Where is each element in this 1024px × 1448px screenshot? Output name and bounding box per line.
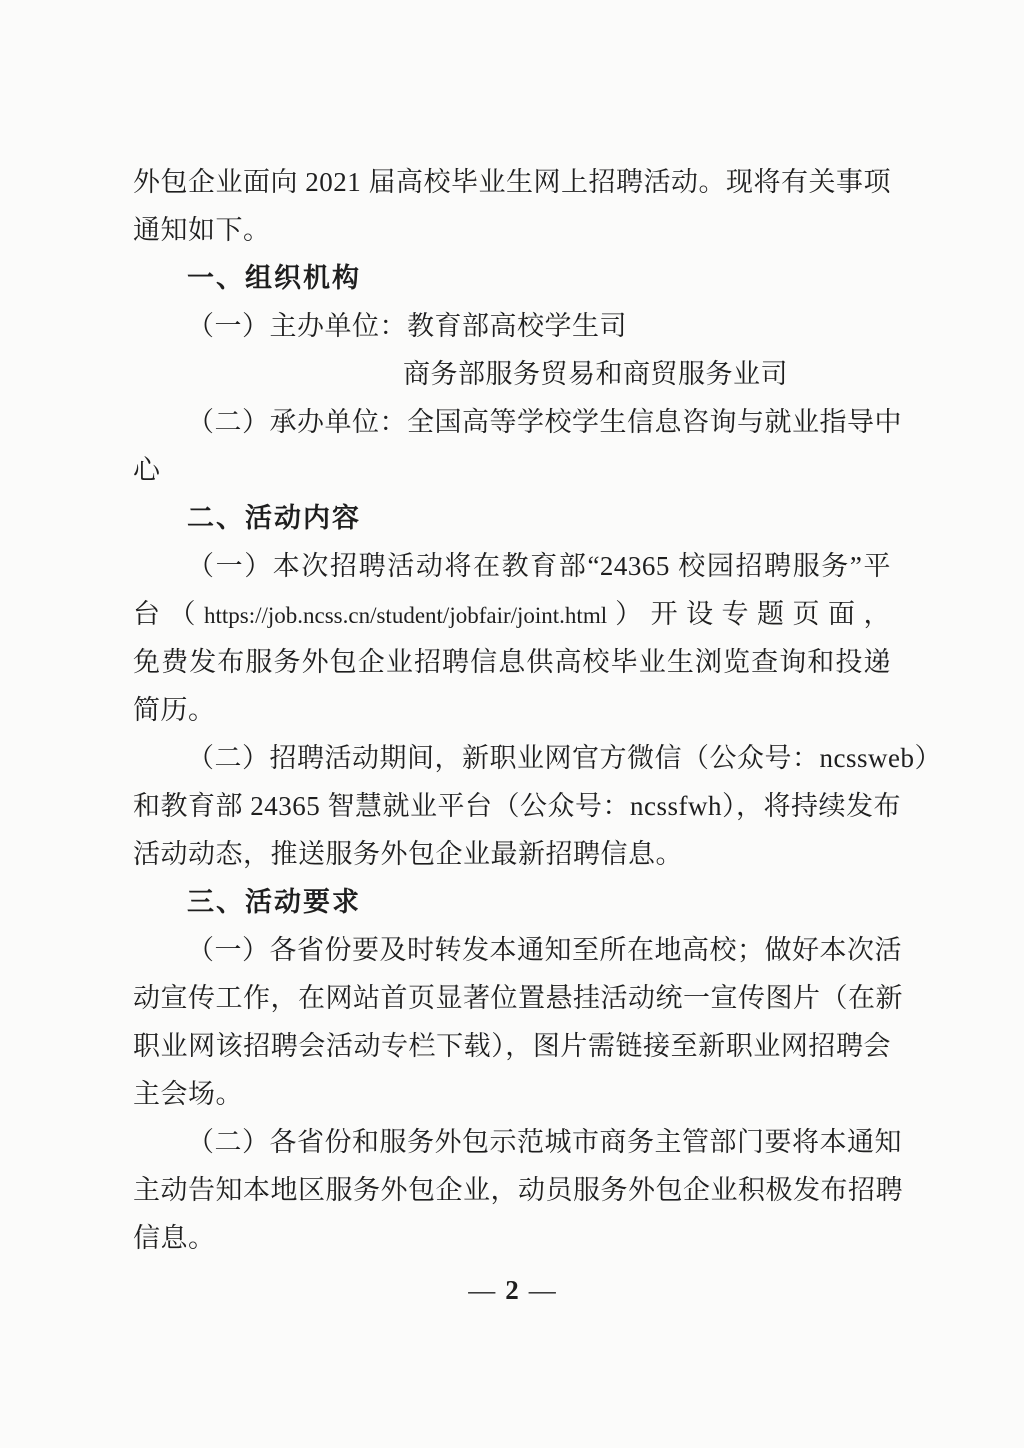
page-number: 2 [495, 1275, 529, 1305]
section-heading: 二、活动内容 [133, 494, 891, 542]
section-heading: 一、组织机构 [133, 254, 891, 302]
doc-line: 心 [133, 446, 891, 494]
doc-line: （二）各省份和服务外包示范城市商务主管部门要将本通知 [133, 1118, 891, 1166]
doc-line: （一）主办单位：教育部高校学生司 [133, 302, 891, 350]
doc-line: 免费发布服务外包企业招聘信息供高校毕业生浏览查询和投递 [133, 638, 891, 686]
doc-line: 商务部服务贸易和商贸服务业司 [133, 350, 891, 398]
doc-line: 和教育部 24365 智慧就业平台（公众号：ncssfwh），将持续发布 [133, 782, 891, 830]
doc-line: 通知如下。 [133, 206, 891, 254]
doc-line: 外包企业面向 2021 届高校毕业生网上招聘活动。现将有关事项 [133, 158, 891, 206]
url-text: https://job.ncss.cn/student/jobfair/join… [204, 603, 607, 628]
doc-line: （二）承办单位：全国高等学校学生信息咨询与就业指导中 [133, 398, 891, 446]
section-heading: 三、活动要求 [133, 878, 891, 926]
page-footer: —2— [133, 1270, 891, 1310]
doc-line-prefix: 台（ [133, 599, 204, 629]
document-page: 外包企业面向 2021 届高校毕业生网上招聘活动。现将有关事项 通知如下。 一、… [133, 158, 891, 1262]
doc-line: 活动动态，推送服务外包企业最新招聘信息。 [133, 830, 891, 878]
doc-line: 简历。 [133, 686, 891, 734]
footer-left-dash: — [468, 1275, 495, 1305]
doc-line: 主动告知本地区服务外包企业，动员服务外包企业积极发布招聘 [133, 1166, 891, 1214]
doc-line: 台（https://job.ncss.cn/student/jobfair/jo… [133, 590, 891, 638]
doc-line: （二）招聘活动期间，新职业网官方微信（公众号：ncssweb） [133, 734, 891, 782]
doc-line: （一）各省份要及时转发本通知至所在地高校；做好本次活 [133, 926, 891, 974]
doc-line: 主会场。 [133, 1070, 891, 1118]
doc-line: 信息。 [133, 1214, 891, 1262]
footer-right-dash: — [529, 1275, 556, 1305]
doc-line: （一）本次招聘活动将在教育部“24365 校园招聘服务”平 [133, 542, 891, 590]
doc-line: 动宣传工作，在网站首页显著位置悬挂活动统一宣传图片（在新 [133, 974, 891, 1022]
doc-line-suffix: ）开设专题页面， [607, 599, 891, 629]
doc-line: 职业网该招聘会活动专栏下载），图片需链接至新职业网招聘会 [133, 1022, 891, 1070]
